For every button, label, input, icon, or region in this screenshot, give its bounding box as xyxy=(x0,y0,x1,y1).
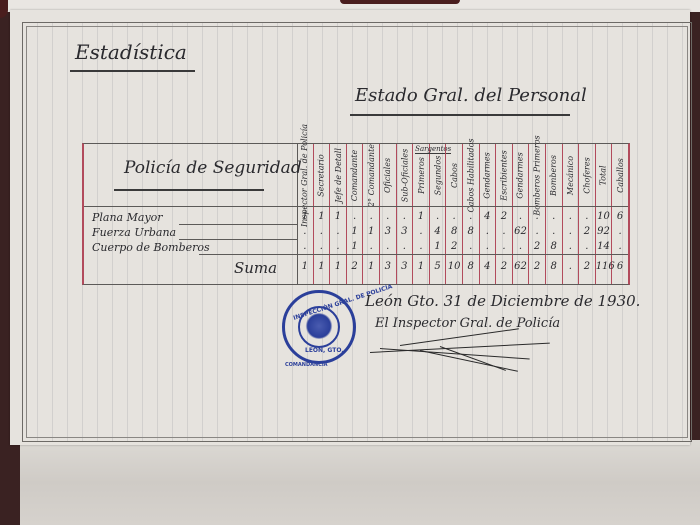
document-subheading: Estado Gral. del Personal xyxy=(355,85,587,106)
table-column: Cabos .8210 xyxy=(446,144,463,284)
table-column: Total 109214116 xyxy=(596,144,613,284)
table-column: Escribientes 2..2 xyxy=(496,144,513,284)
stamp-bottom-text: LEON, GTO. xyxy=(305,347,344,354)
personnel-table: Policía de Seguridad Plana Mayor Fuerza … xyxy=(82,143,630,285)
data-columns: Inspector Gral. de Policía 1..1 Secretar… xyxy=(297,144,628,284)
row-label-column: Policía de Seguridad Plana Mayor Fuerza … xyxy=(84,144,298,284)
heading-underline xyxy=(70,70,195,72)
table-column: Secretario 1..1 xyxy=(314,144,331,284)
lower-page xyxy=(20,440,700,525)
table-column: Gendarmes .62.62 xyxy=(513,144,530,284)
row-label: Fuerza Urbana xyxy=(92,226,176,239)
table-column: Cabos Habilitados .8.8 xyxy=(463,144,480,284)
table-column: Inspector Gral. de Policía 1..1 xyxy=(297,144,314,284)
table-column: Jefe de Detall 1..1 xyxy=(330,144,347,284)
table-column: Comandante .112 xyxy=(347,144,364,284)
place-date: León Gto. 31 de Diciembre de 1930. xyxy=(365,292,640,310)
section-title: Policía de Seguridad xyxy=(124,158,302,178)
table-column: Oficiales .3.3 xyxy=(380,144,397,284)
table-column: SargentosPrimeros 1..1 xyxy=(413,144,430,284)
document-heading: Estadística xyxy=(75,40,187,64)
table-column: Gendarmes 4..4 xyxy=(480,144,497,284)
background-object xyxy=(0,0,8,18)
table-column: Bomberos Primeros ..22 xyxy=(529,144,546,284)
table-column: Mecánico .... xyxy=(563,144,580,284)
table-column: 2° Comandante .1.1 xyxy=(363,144,380,284)
stamp-below-text: COMANDANCIA xyxy=(285,362,328,368)
table-column: Choferes .2.2 xyxy=(579,144,596,284)
table-column: Sub-Oficiales .3.3 xyxy=(397,144,414,284)
subheading-underline xyxy=(350,114,570,116)
official-stamp: INSPECCIÓN GRAL. DE POLICÍA LEON, GTO. xyxy=(282,290,356,364)
table-column: Caballos 6..6 xyxy=(612,144,628,284)
row-label: Plana Mayor xyxy=(92,211,163,224)
table-column: Segundos .415 xyxy=(430,144,447,284)
signer-title: El Inspector Gral. de Policía xyxy=(375,316,560,331)
row-label: Cuerpo de Bomberos xyxy=(92,241,210,254)
table-column: Bomberos ..88 xyxy=(546,144,563,284)
total-label: Suma xyxy=(234,259,277,277)
background-object xyxy=(340,0,460,4)
